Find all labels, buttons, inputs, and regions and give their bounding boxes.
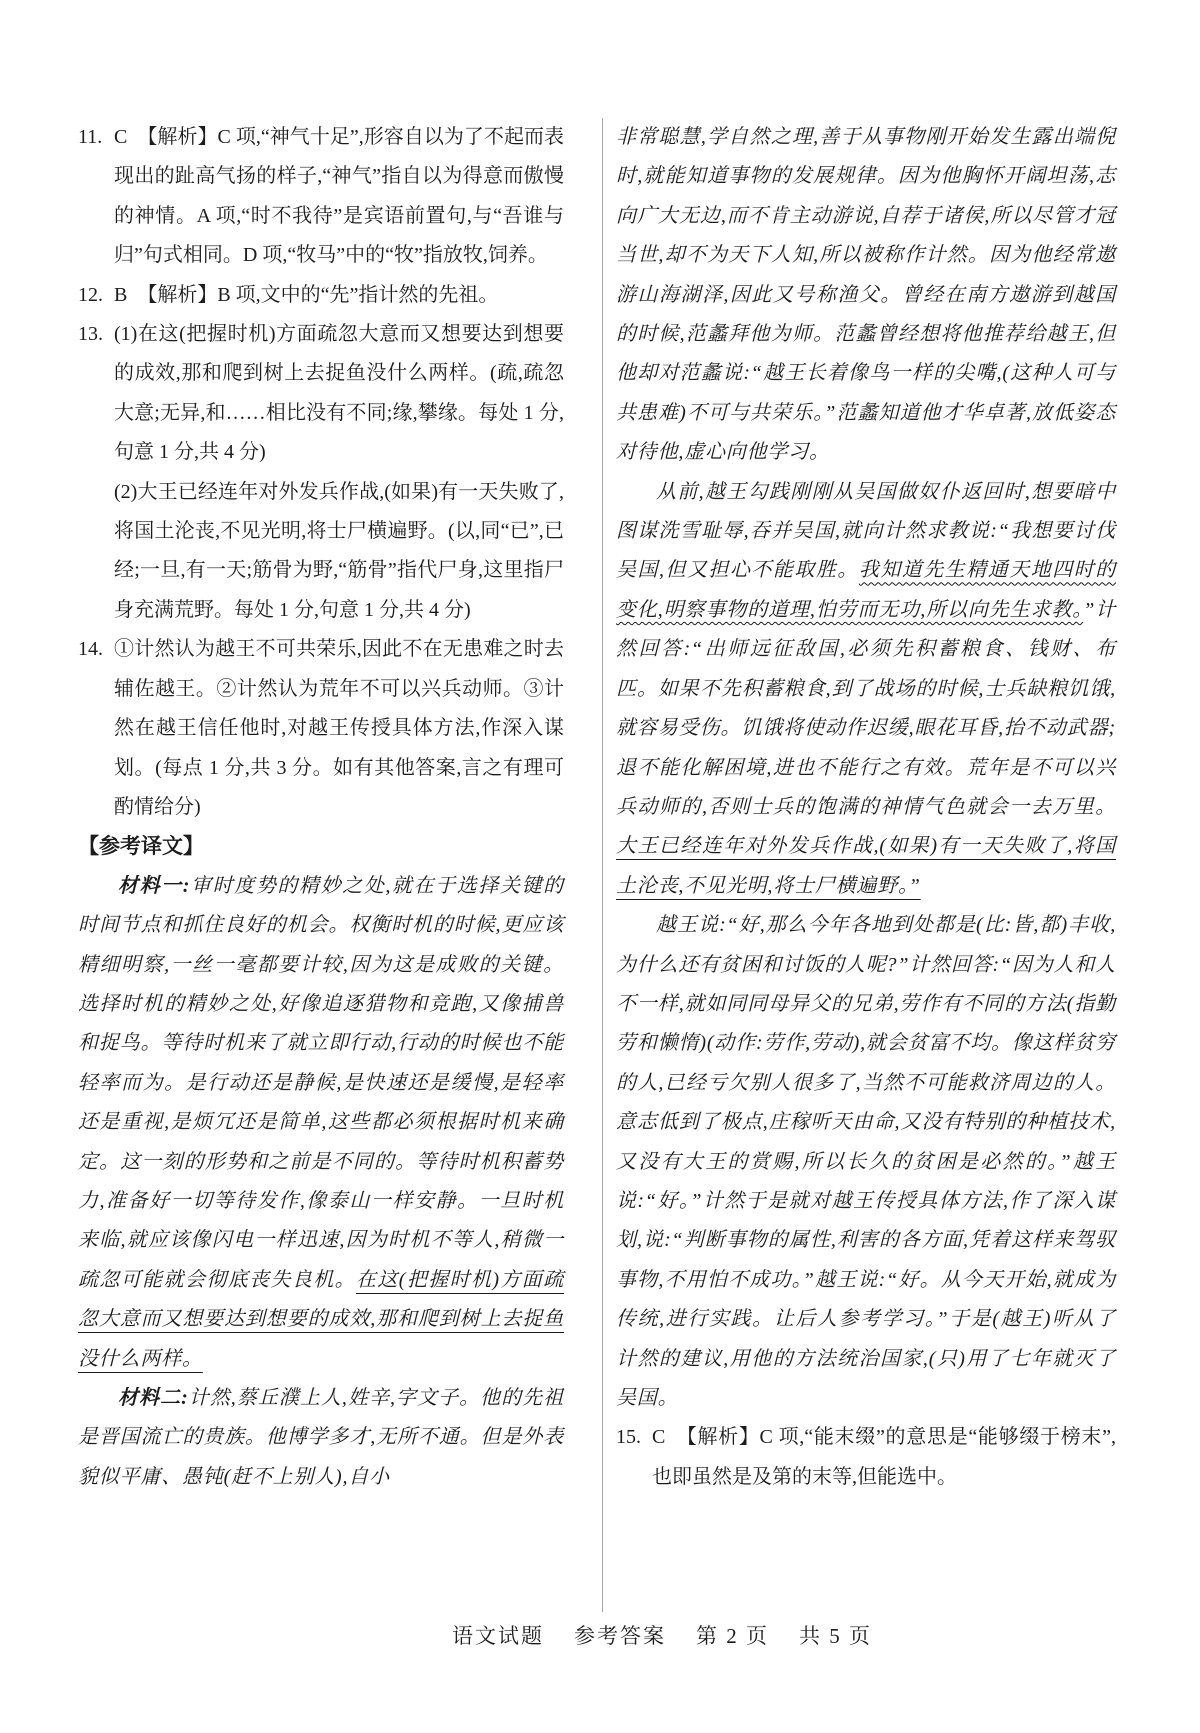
answer-item-12: 12.B 【解析】B 项,文中的“先”指计然的先祖。: [78, 276, 564, 315]
answer-item-14: 14.①计然认为越王不可共荣乐,因此不在无患难之时去辅佐越王。②计然认为荒年不可…: [78, 630, 564, 827]
answer-number: 14.: [78, 630, 103, 669]
text-segment: C 【解析】C 项,“能末缀”的意思是“能够缀于榜末”,也即虽然是及第的末等,但…: [652, 1426, 1116, 1487]
answer-item-15: 15.C 【解析】C 项,“能末缀”的意思是“能够缀于榜末”,也即虽然是及第的末…: [616, 1418, 1116, 1497]
translation-paragraph: 非常聪慧,学自然之理,善于从事物刚开始发生露出端倪时,就能知道事物的发展规律。因…: [616, 118, 1116, 473]
answer-item-11: 11.C 【解析】C 项,“神气十足”,形容自以为了不起而表现出的趾高气扬的样子…: [78, 118, 564, 276]
text-segment: (1)在这(把握时机)方面疏忽大意而又想要达到想要的成效,那和爬到树上去捉鱼没什…: [114, 323, 564, 463]
translation-paragraph: 从前,越王勾践刚刚从吴国做奴仆返回时,想要暗中图谋洗雪耻辱,吞并吴国,就向计然求…: [616, 473, 1116, 906]
answer-paragraph: B 【解析】B 项,文中的“先”指计然的先祖。: [114, 276, 564, 315]
answer-number: 15.: [616, 1418, 641, 1457]
underlined-text: 大王已经连年对外发兵作战,(如果)有一天失败了,将国土沦丧,不见光明,将士尸横遍…: [616, 835, 1116, 896]
column-right: 非常聪慧,学自然之理,善于从事物刚开始发生露出端倪时,就能知道事物的发展规律。因…: [616, 118, 1116, 1497]
answer-paragraph: ①计然认为越王不可共荣乐,因此不在无患难之时去辅佐越王。②计然认为荒年不可以兴兵…: [114, 630, 564, 827]
exam-answer-page: 11.C 【解析】C 项,“神气十足”,形容自以为了不起而表现出的趾高气扬的样子…: [0, 0, 1200, 1733]
answer-item-13: 13.(1)在这(把握时机)方面疏忽大意而又想要达到想要的成效,那和爬到树上去捉…: [78, 315, 564, 630]
bold-label: 材料二:: [118, 1387, 189, 1409]
footer-page-number: 第 2 页: [696, 1624, 769, 1648]
footer-exam-title: 语文试题: [452, 1624, 544, 1648]
text-segment: 越王说:“好,那么今年各地到处都是(比:皆,都)丰收,为什么还有贫困和讨饭的人呢…: [616, 914, 1116, 1409]
text-segment: 审时度势的精妙之处,就在于选择关键的时间节点和抓住良好的机会。权衡时机的时候,更…: [78, 875, 564, 1291]
text-segment: B 【解析】B 项,文中的“先”指计然的先祖。: [114, 284, 498, 306]
column-divider: [602, 118, 603, 1612]
answer-paragraph: C 【解析】C 项,“能末缀”的意思是“能够缀于榜末”,也即虽然是及第的末等,但…: [652, 1418, 1116, 1497]
answer-number: 11.: [78, 118, 102, 157]
translation-paragraph: 材料二:计然,蔡丘濮上人,姓辛,字文子。他的先祖是晋国流亡的贵族。他博学多才,无…: [78, 1379, 564, 1497]
text-segment: C 【解析】C 项,“神气十足”,形容自以为了不起而表现出的趾高气扬的样子,“神…: [114, 126, 564, 266]
footer-subtitle: 参考答案: [574, 1624, 666, 1648]
reference-translation-header: 【参考译文】: [78, 827, 564, 866]
answer-paragraph: (1)在这(把握时机)方面疏忽大意而又想要达到想要的成效,那和爬到树上去捉鱼没什…: [114, 315, 564, 473]
text-segment: (2)大王已经连年对外发兵作战,(如果)有一天失败了,将国土沦丧,不见光明,将士…: [114, 481, 564, 621]
column-left: 11.C 【解析】C 项,“神气十足”,形容自以为了不起而表现出的趾高气扬的样子…: [78, 118, 564, 1497]
text-segment: ①计然认为越王不可共荣乐,因此不在无患难之时去辅佐越王。②计然认为荒年不可以兴兵…: [114, 638, 564, 818]
answer-number: 13.: [78, 315, 103, 354]
bold-label: 材料一:: [118, 875, 190, 897]
footer-total-pages: 共 5 页: [799, 1624, 872, 1648]
text-segment: ”计然回答:“出师远征敌国,必须先积蓄粮食、钱财、布匹。如果不先积蓄粮食,到了战…: [616, 599, 1116, 818]
translation-paragraph: 越王说:“好,那么今年各地到处都是(比:皆,都)丰收,为什么还有贫困和讨饭的人呢…: [616, 906, 1116, 1418]
answer-number: 12.: [78, 276, 103, 315]
answer-paragraph: C 【解析】C 项,“神气十足”,形容自以为了不起而表现出的趾高气扬的样子,“神…: [114, 118, 564, 276]
text-segment: 非常聪慧,学自然之理,善于从事物刚开始发生露出端倪时,就能知道事物的发展规律。因…: [616, 126, 1116, 463]
answer-paragraph: (2)大王已经连年对外发兵作战,(如果)有一天失败了,将国土沦丧,不见光明,将士…: [114, 473, 564, 631]
page-footer: 语文试题参考答案第 2 页共 5 页: [62, 1620, 1200, 1650]
translation-paragraph: 材料一:审时度势的精妙之处,就在于选择关键的时间节点和抓住良好的机会。权衡时机的…: [78, 867, 564, 1379]
